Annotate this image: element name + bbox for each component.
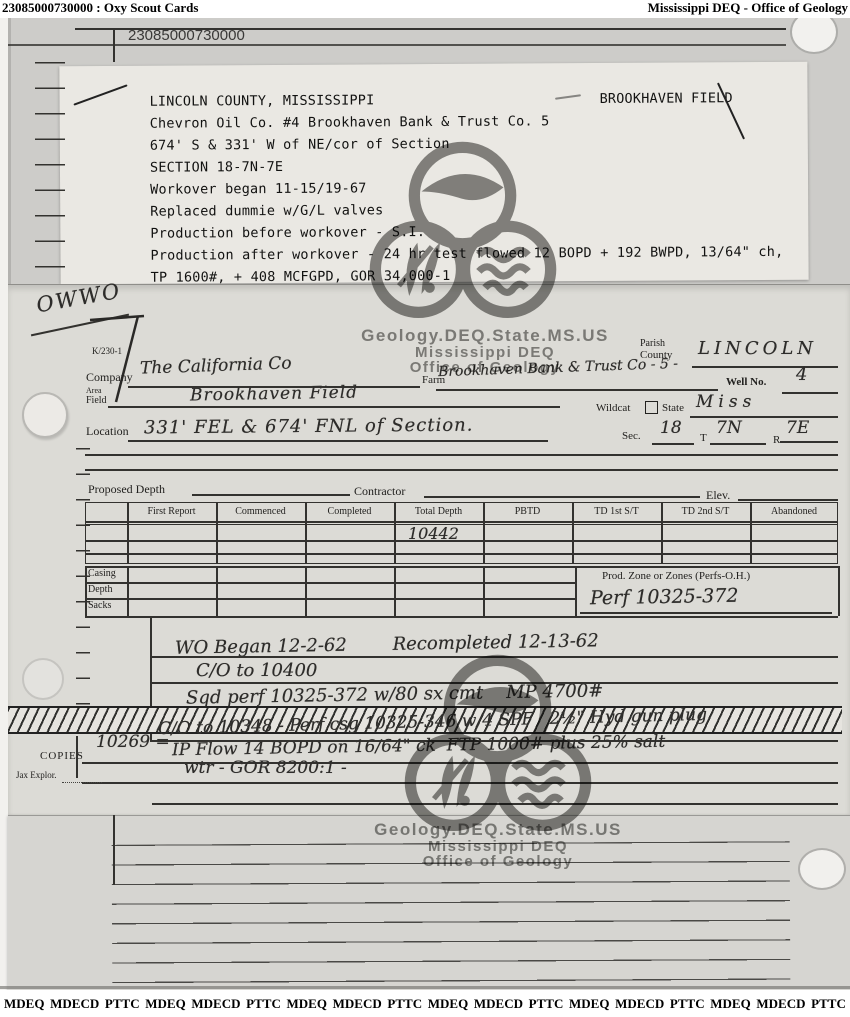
- sacks-label: Sacks: [88, 600, 111, 611]
- ruled-line: [82, 782, 838, 784]
- typed-line: SECTION 18-7N-7E: [150, 159, 283, 176]
- footer-item: PTTC: [811, 996, 846, 1012]
- sec-label: Sec.: [622, 430, 641, 442]
- well-no-value: 4: [796, 364, 807, 385]
- note-line: wtr - GOR 8200:1 -: [184, 758, 347, 778]
- range-line: [780, 441, 838, 443]
- township-label: T: [700, 432, 707, 444]
- county-value: LINCOLN: [698, 338, 817, 359]
- depth-label: Depth: [88, 584, 112, 595]
- footer-item: MDECD: [474, 996, 523, 1012]
- typed-line: Production before workover - S.I.: [150, 224, 425, 242]
- location-value: 331' FEL & 674' FNL of Section.: [144, 415, 474, 439]
- ruled-line: [152, 656, 838, 658]
- card-number: 23085000730000: [128, 27, 245, 44]
- wildcat-checkbox: [645, 401, 658, 414]
- casing-grid: [305, 566, 307, 616]
- township-line: [710, 443, 766, 445]
- typed-line: Workover began 11-15/19-67: [150, 180, 367, 197]
- ruled-line: [85, 454, 838, 456]
- note-line: C/O to 10400: [196, 660, 317, 681]
- table-grid: [85, 540, 838, 542]
- ruled-lines: [112, 841, 791, 987]
- ruled-line: [8, 44, 786, 46]
- footer-item: PTTC: [387, 996, 422, 1012]
- company-label: Company: [86, 370, 133, 385]
- area-label: Area: [86, 386, 102, 395]
- typed-line: Production after workover - 24 hr test f…: [150, 244, 783, 264]
- elev-label: Elev.: [706, 488, 730, 503]
- typed-line: 674' S & 331' W of NE/cor of Section: [150, 136, 450, 154]
- table-header: First Report: [127, 506, 216, 517]
- casing-grid: [85, 582, 575, 584]
- location-label: Location: [86, 424, 129, 439]
- range-label: R: [773, 434, 780, 446]
- sec-value: 18: [660, 418, 682, 438]
- parish-label: Parish: [640, 338, 665, 349]
- footer-item: MDECD: [615, 996, 664, 1012]
- window-title-bar: 23085000730000 : Oxy Scout Cards Mississ…: [0, 0, 850, 18]
- casing-label: Casing: [88, 568, 116, 579]
- footer-item: MDEQ: [287, 996, 327, 1012]
- punch-hole: [22, 658, 64, 700]
- casing-grid: [483, 566, 485, 616]
- footer-item: PTTC: [246, 996, 281, 1012]
- footer-item: MDECD: [756, 996, 805, 1012]
- prod-zone-line: [580, 612, 832, 614]
- table-grid: [85, 553, 838, 555]
- sec-line: [652, 443, 694, 445]
- footer-item: MDEQ: [4, 996, 44, 1012]
- prod-zone-value: Perf 10325-372: [590, 585, 739, 610]
- footer-bar: MDEQ MDECD PTTC MDEQ MDECD PTTC MDEQ MDE…: [0, 990, 850, 1017]
- scanned-scout-card-page: 23085000730000 : Oxy Scout Cards Mississ…: [0, 0, 850, 1017]
- document-id-title: 23085000730000 : Oxy Scout Cards: [0, 0, 200, 15]
- typed-line: Replaced dummie w/G/L valves: [150, 202, 383, 219]
- field-value: Brookhaven Field: [190, 383, 358, 406]
- casing-grid: [216, 566, 218, 616]
- state-line: [690, 416, 838, 418]
- casing-grid: [127, 566, 129, 616]
- casing-grid: [838, 566, 840, 616]
- table-header: Completed: [305, 506, 394, 517]
- ruled-line: [152, 803, 838, 805]
- county-line: [692, 366, 838, 368]
- table-header: Abandoned: [750, 506, 838, 517]
- form-number: K/230-1: [92, 346, 122, 356]
- casing-grid: [85, 598, 575, 600]
- well-no-label: Well No.: [726, 376, 766, 388]
- typed-line: Chevron Oil Co. #4 Brookhaven Bank & Tru…: [150, 113, 550, 131]
- township-value: 7N: [716, 418, 742, 438]
- margin-ruled-lines: [35, 62, 65, 286]
- table-header: PBTD: [483, 506, 572, 517]
- proposed-depth-label: Proposed Depth: [88, 482, 165, 497]
- table-header: TD 1st S/T: [572, 506, 661, 517]
- table-grid: [85, 524, 838, 525]
- field-line: [108, 406, 560, 408]
- table-header: TD 2nd S/T: [661, 506, 750, 517]
- agency-title: Mississippi DEQ - Office of Geology: [646, 0, 850, 15]
- state-value: Miss: [696, 392, 756, 412]
- total-depth-value: 10442: [408, 524, 459, 543]
- typed-scout-card: LINCOLN COUNTY, MISSISSIPPI BROOKHAVEN F…: [59, 62, 808, 285]
- proposed-depth-line: [192, 494, 350, 496]
- page-left-edge: [0, 18, 8, 990]
- jax-dotted-line: [62, 782, 102, 783]
- farm-line: [436, 389, 718, 391]
- field-name: BROOKHAVEN FIELD: [600, 90, 733, 107]
- contractor-label: Contractor: [354, 484, 405, 499]
- wildcat-label: Wildcat: [596, 402, 630, 414]
- footer-item: PTTC: [670, 996, 705, 1012]
- copies-bracket: [76, 736, 78, 778]
- footer-item: PTTC: [105, 996, 140, 1012]
- casing-grid: [575, 566, 577, 616]
- footer-item: MDEQ: [569, 996, 609, 1012]
- well-no-line: [782, 392, 838, 394]
- typed-line: LINCOLN COUNTY, MISSISSIPPI: [150, 92, 375, 109]
- jax-explor-label: Jax Explor.: [16, 770, 57, 780]
- ruled-divider: [113, 815, 115, 885]
- footer-item: PTTC: [529, 996, 564, 1012]
- ruled-line: [85, 469, 838, 471]
- footer-item: MDECD: [333, 996, 382, 1012]
- prod-zone-label: Prod. Zone or Zones (Perfs-O.H.): [602, 570, 750, 582]
- state-label: State: [662, 402, 684, 414]
- casing-grid: [85, 566, 87, 616]
- footer-item: MDECD: [50, 996, 99, 1012]
- casing-grid: [85, 566, 838, 568]
- punch-hole: [22, 392, 68, 438]
- range-value: 7E: [786, 418, 809, 438]
- footer-item: MDECD: [191, 996, 240, 1012]
- scan-bottom-shadow: [0, 986, 850, 989]
- footer-item: MDEQ: [428, 996, 468, 1012]
- footer-item: MDEQ: [710, 996, 750, 1012]
- footer-item: MDEQ: [145, 996, 185, 1012]
- field-label: Field: [86, 395, 107, 406]
- casing-grid: [394, 566, 396, 616]
- table-header: Commenced: [216, 506, 305, 517]
- scanned-document: 23085000730000 LINCOLN COUNTY, MISSISSIP…: [0, 18, 850, 990]
- elev-line: [738, 499, 838, 501]
- table-header: Total Depth: [394, 506, 483, 517]
- contractor-line: [424, 496, 700, 498]
- casing-grid: [85, 616, 838, 618]
- location-line: [128, 440, 548, 442]
- table-grid: [85, 521, 838, 523]
- punch-hole: [798, 848, 846, 890]
